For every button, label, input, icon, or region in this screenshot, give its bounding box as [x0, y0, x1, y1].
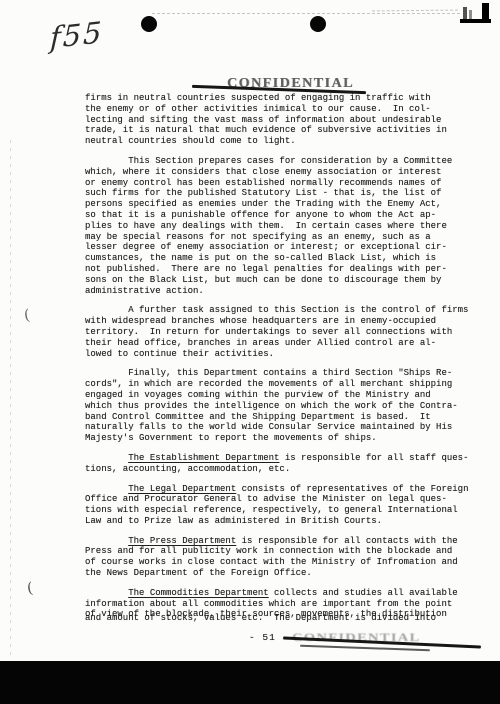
scan-line-artifact: [152, 13, 460, 14]
text-line: which, where it considers that close ene…: [85, 167, 485, 178]
text-line: or enemy control has been established no…: [85, 178, 485, 189]
paragraph: Finally, this Department contains a thir…: [85, 368, 485, 444]
text-line: naturally falls to the world wide Consul…: [85, 422, 485, 433]
paragraph: The Legal Department consists of represe…: [85, 484, 485, 527]
text-line: engaged in voyages coming within the pur…: [85, 390, 485, 401]
underlined-heading: The Legal Department: [128, 484, 236, 494]
scan-black-bar: [0, 661, 500, 704]
scan-line-artifact: [372, 10, 458, 12]
scan-edge-artifact: [10, 140, 11, 655]
hole-punch-icon: [310, 16, 326, 32]
underlined-heading: The Establishment Department: [128, 453, 279, 463]
text-line: administrative action.: [85, 286, 485, 297]
text-line: with widespread branches whose headquart…: [85, 316, 485, 327]
paragraph: A further task assigned to this Section …: [85, 305, 485, 359]
text-line: Law and to Prize law as administered in …: [85, 516, 485, 527]
text-line: The Establishment Department is responsi…: [85, 453, 485, 464]
text-line: which thus provides the intelligence on …: [85, 401, 485, 412]
text-line: sons on the Black List, but much can be …: [85, 275, 485, 286]
text-line: not published. There are no legal penalt…: [85, 264, 485, 275]
paragraph: This Section prepares cases for consider…: [85, 156, 485, 296]
text-line: tions, accounting, accommodation, etc.: [85, 464, 485, 475]
paragraph: The Commodities Department collects and …: [85, 588, 485, 625]
paragraph: The Establishment Department is responsi…: [85, 453, 485, 475]
text-line: information about all commodities which …: [85, 599, 485, 610]
hole-punch-icon: [141, 16, 157, 32]
overstruck-lines: of view of the blockade, their sources, …: [85, 609, 485, 624]
document-text: firms in neutral countries suspected of …: [85, 93, 485, 633]
text-line: The Legal Department consists of represe…: [85, 484, 485, 495]
underlined-heading: The Press Department: [128, 536, 236, 546]
text-line: and amount of stocks, values etc. The De…: [85, 613, 436, 624]
text-line: the News Department of the Foreign Offic…: [85, 568, 485, 579]
text-line: of course works in close contact with th…: [85, 557, 485, 568]
text-line: persons specified as enemies under the T…: [85, 199, 485, 210]
text-line: Office and Procurator General to advise …: [85, 494, 485, 505]
text-line: band Control Committee and the Shipping …: [85, 412, 485, 423]
text-line: The Commodities Department collects and …: [85, 588, 485, 599]
scan-corner-artifact: [458, 2, 500, 28]
handwritten-note: f55: [50, 15, 105, 55]
text-line: may be special reasons for not specifyin…: [85, 232, 485, 243]
text-line: cumstances, the name is put on the so-ca…: [85, 253, 485, 264]
text-line: plies to have any dealings with them. In…: [85, 221, 485, 232]
stamp-strike-line: [300, 645, 430, 651]
text-line: territory. In return for undertakings to…: [85, 327, 485, 338]
text-line: the enemy or of other activities inimica…: [85, 104, 485, 115]
scanned-page: f55 CONFIDENTIAL ( ( firms in neutral co…: [0, 0, 500, 704]
text-line: lesser degree of enemy association or in…: [85, 242, 485, 253]
text-line: neutral countries should come to light.: [85, 136, 485, 147]
text-line: The Press Department is responsible for …: [85, 536, 485, 547]
text-line: A further task assigned to this Section …: [85, 305, 485, 316]
text-line: such firms for the published Statutory L…: [85, 188, 485, 199]
text-line: Finally, this Department contains a thir…: [85, 368, 485, 379]
scan-mark: [460, 19, 491, 23]
text-line: This Section prepares cases for consider…: [85, 156, 485, 167]
margin-mark: (: [26, 579, 34, 598]
text-line: lowed to continue their activities.: [85, 349, 485, 360]
text-line: trade, it is natural that much evidence …: [85, 125, 485, 136]
text-line: tions with especial reference, respectiv…: [85, 505, 485, 516]
text-line: Majesty's Government to report the movem…: [85, 433, 485, 444]
text-line: cords", in which are recorded the moveme…: [85, 379, 485, 390]
text-line: their head office, branches in areas und…: [85, 338, 485, 349]
underlined-heading: The Commodities Department: [128, 588, 268, 598]
text-line: lecting and sifting the vast mass of inf…: [85, 115, 485, 126]
text-line: so that it is a punishable offence for a…: [85, 210, 485, 221]
paragraph: The Press Department is responsible for …: [85, 536, 485, 579]
margin-mark: (: [23, 306, 31, 325]
text-line: firms in neutral countries suspected of …: [85, 93, 485, 104]
paragraph: firms in neutral countries suspected of …: [85, 93, 485, 147]
text-line: Press and for all publicity work in conn…: [85, 546, 485, 557]
